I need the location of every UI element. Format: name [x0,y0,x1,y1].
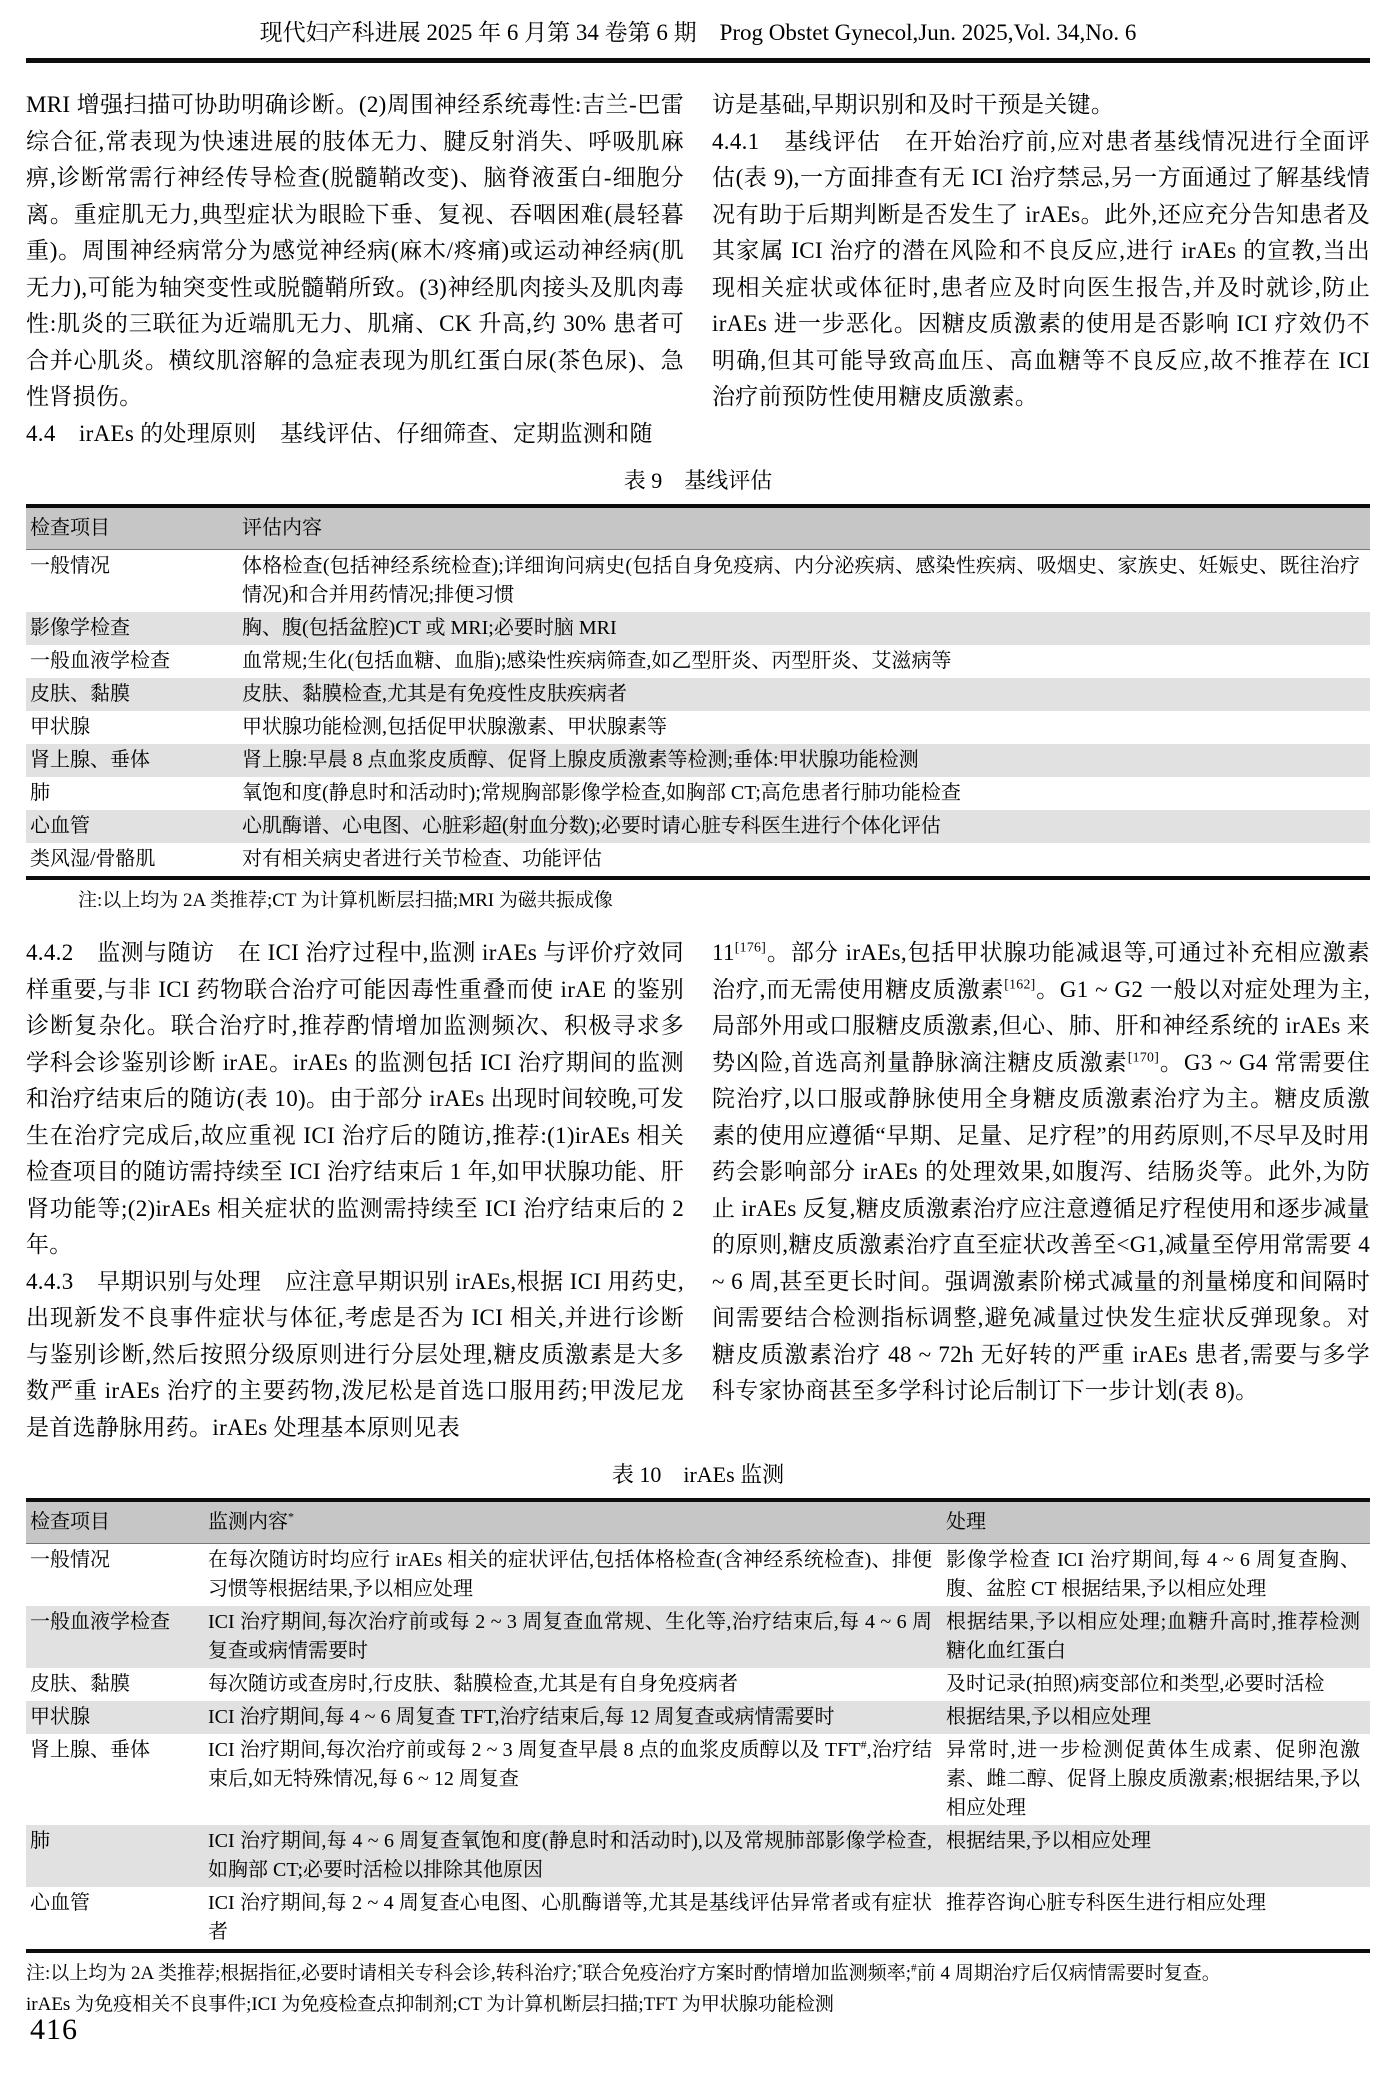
cell-monitor: ICI 治疗期间,每 4 ~ 6 周复查 TFT,治疗结束后,每 12 周复查或… [204,1701,942,1734]
baseline-assessment-table: 检查项目 评估内容 一般情况 体格检查(包括神经系统检查);详细询问病史(包括自… [26,504,1370,880]
table-row: 心血管 ICI 治疗期间,每 2 ~ 4 周复查心电图、心肌酶谱等,尤其是基线评… [26,1887,1370,1951]
text-run: 监测内容 [208,1511,288,1533]
paragraph-4-4-3-continued: 11[176]。部分 irAEs,包括甲状腺功能减退等,可通过补充相应激素治疗,… [712,935,1370,1410]
table-row: 皮肤、黏膜 每次随访或查房时,行皮肤、黏膜检查,尤其是有自身免疫病者 及时记录(… [26,1668,1370,1701]
cell-action: 异常时,进一步检测促黄体生成素、促卵泡激素、雌二醇、促肾上腺皮质激素;根据结果,… [942,1734,1370,1825]
paragraph-4-4-3-early-recognition: 4.4.3 早期识别与处理 应注意早期识别 irAEs,根据 ICI 用药史,出… [26,1264,684,1447]
cell-item: 影像学检查 [26,612,238,645]
reference-superscript: [170] [1128,1049,1159,1064]
table10-column-header-action: 处理 [942,1500,1370,1544]
cell-item: 肺 [26,1825,204,1887]
cell-monitor: 每次随访或查房时,行皮肤、黏膜检查,尤其是有自身免疫病者 [204,1668,942,1701]
table-row: 肾上腺、垂体 肾上腺:早晨 8 点血浆皮质醇、促肾上腺皮质激素等检测;垂体:甲状… [26,744,1370,777]
paragraph-followup-basis: 访是基础,早期识别和及时干预是关键。 [712,87,1370,124]
table10-note-line1: 注:以上均为 2A 类推荐;根据指征,必要时请相关专科会诊,转科治疗;*联合免疫… [26,1959,1370,1988]
table9-block: 表 9 基线评估 检查项目 评估内容 一般情况 体格检查(包括神经系统检查);详… [26,466,1370,915]
table-row: 肺 氧饱和度(静息时和活动时);常规胸部影像学检查,如胸部 CT;高危患者行肺功… [26,777,1370,810]
cell-item: 皮肤、黏膜 [26,678,238,711]
cell-content: 肾上腺:早晨 8 点血浆皮质醇、促肾上腺皮质激素等检测;垂体:甲状腺功能检测 [238,744,1370,777]
cell-item: 肾上腺、垂体 [26,744,238,777]
cell-monitor: ICI 治疗期间,每 4 ~ 6 周复查氧饱和度(静息时和活动时),以及常规肺部… [204,1825,942,1887]
cell-item: 类风湿/骨骼肌 [26,843,238,878]
cell-action: 及时记录(拍照)病变部位和类型,必要时活检 [942,1668,1370,1701]
paragraph-neuro-toxicity: MRI 增强扫描可协助明确诊断。(2)周围神经系统毒性:吉兰-巴雷综合征,常表现… [26,87,684,416]
cell-content: 血常规;生化(包括血糖、血脂);感染性疾病筛查,如乙型肝炎、丙型肝炎、艾滋病等 [238,645,1370,678]
table10-title: 表 10 irAEs 监测 [26,1460,1370,1490]
cell-item: 一般血液学检查 [26,1606,204,1668]
cell-monitor: ICI 治疗期间,每 2 ~ 4 周复查心电图、心肌酶谱等,尤其是基线评估异常者… [204,1887,942,1951]
right-column-mid: 11[176]。部分 irAEs,包括甲状腺功能减退等,可通过补充相应激素治疗,… [712,935,1370,1446]
cell-content: 体格检查(包括神经系统检查);详细询问病史(包括自身免疫病、内分泌疾病、感染性疾… [238,550,1370,613]
cell-item: 一般情况 [26,1544,204,1607]
cell-item: 甲状腺 [26,711,238,744]
body-section-top: MRI 增强扫描可协助明确诊断。(2)周围神经系统毒性:吉兰-巴雷综合征,常表现… [26,87,1370,452]
text-run: 联合免疫治疗方案时酌情增加监测频率; [583,1963,911,1984]
reference-superscript: [176] [735,939,766,954]
footnote-marker-asterisk: * [288,1509,294,1523]
cell-monitor: ICI 治疗期间,每次治疗前或每 2 ~ 3 周复查早晨 8 点的血浆皮质醇以及… [204,1734,942,1825]
cell-item: 肺 [26,777,238,810]
table10-column-header-item: 检查项目 [26,1500,204,1544]
table-row: 一般血液学检查 ICI 治疗期间,每次治疗前或每 2 ~ 3 周复查血常规、生化… [26,1606,1370,1668]
table10-header-row: 检查项目 监测内容* 处理 [26,1500,1370,1544]
table9-title: 表 9 基线评估 [26,466,1370,496]
paragraph-4-4-2-monitoring: 4.4.2 监测与随访 在 ICI 治疗过程中,监测 irAEs 与评价疗效同样… [26,935,684,1264]
cell-monitor: ICI 治疗期间,每次治疗前或每 2 ~ 3 周复查血常规、生化等,治疗结束后,… [204,1606,942,1668]
journal-title-line: 现代妇产科进展 2025 年 6 月第 34 卷第 6 期 Prog Obste… [260,20,1137,45]
paragraph-4-4-heading: 4.4 irAEs 的处理原则 基线评估、仔细筛查、定期监测和随 [26,416,684,453]
cell-content: 胸、腹(包括盆腔)CT 或 MRI;必要时脑 MRI [238,612,1370,645]
cell-item: 一般血液学检查 [26,645,238,678]
table10-block: 表 10 irAEs 监测 检查项目 监测内容* 处理 一般情况 在每次随访时均… [26,1460,1370,2019]
text-run: 前 4 周期治疗后仅病情需要时复查。 [917,1963,1221,1984]
cell-item: 心血管 [26,1887,204,1951]
paragraph-4-4-1-baseline: 4.4.1 基线评估 在开始治疗前,应对患者基线情况进行全面评估(表 9),一方… [712,124,1370,416]
journal-page: 现代妇产科进展 2025 年 6 月第 34 卷第 6 期 Prog Obste… [0,0,1394,2081]
table-row: 甲状腺 ICI 治疗期间,每 4 ~ 6 周复查 TFT,治疗结束后,每 12 … [26,1701,1370,1734]
cell-action: 根据结果,予以相应处理 [942,1701,1370,1734]
table9-note: 注:以上均为 2A 类推荐;CT 为计算机断层扫描;MRI 为磁共振成像 [26,886,1370,915]
table-row: 一般血液学检查 血常规;生化(包括血糖、血脂);感染性疾病筛查,如乙型肝炎、丙型… [26,645,1370,678]
table-row: 心血管 心肌酶谱、心电图、心脏彩超(射血分数);必要时请心脏专科医生进行个体化评… [26,810,1370,843]
table-row: 影像学检查 胸、腹(包括盆腔)CT 或 MRI;必要时脑 MRI [26,612,1370,645]
journal-header: 现代妇产科进展 2025 年 6 月第 34 卷第 6 期 Prog Obste… [26,12,1370,63]
table10-note-line2: irAEs 为免疫相关不良事件;ICI 为免疫检查点抑制剂;CT 为计算机断层扫… [26,1990,1370,2019]
cell-item: 心血管 [26,810,238,843]
cell-action: 根据结果,予以相应处理;血糖升高时,推荐检测糖化血红蛋白 [942,1606,1370,1668]
table-row: 皮肤、黏膜 皮肤、黏膜检查,尤其是有免疫性皮肤疾病者 [26,678,1370,711]
right-column-top: 访是基础,早期识别和及时干预是关键。 4.4.1 基线评估 在开始治疗前,应对患… [712,87,1370,452]
text-run: 注:以上均为 2A 类推荐;根据指征,必要时请相关专科会诊,转科治疗; [26,1963,577,1984]
cell-content: 氧饱和度(静息时和活动时);常规胸部影像学检查,如胸部 CT;高危患者行肺功能检… [238,777,1370,810]
iraes-monitoring-table: 检查项目 监测内容* 处理 一般情况 在每次随访时均应行 irAEs 相关的症状… [26,1498,1370,1953]
reference-superscript: [162] [1004,976,1035,991]
cell-content: 对有相关病史者进行关节检查、功能评估 [238,843,1370,878]
table10-column-header-monitor: 监测内容* [204,1500,942,1544]
cell-action: 根据结果,予以相应处理 [942,1825,1370,1887]
table-row: 类风湿/骨骼肌 对有相关病史者进行关节检查、功能评估 [26,843,1370,878]
cell-action: 影像学检查 ICI 治疗期间,每 4 ~ 6 周复查胸、腹、盆腔 CT 根据结果… [942,1544,1370,1607]
cell-content: 甲状腺功能检测,包括促甲状腺激素、甲状腺素等 [238,711,1370,744]
body-section-mid: 4.4.2 监测与随访 在 ICI 治疗过程中,监测 irAEs 与评价疗效同样… [26,935,1370,1446]
cell-content: 皮肤、黏膜检查,尤其是有免疫性皮肤疾病者 [238,678,1370,711]
table-row: 一般情况 在每次随访时均应行 irAEs 相关的症状评估,包括体格检查(含神经系… [26,1544,1370,1607]
left-column-top: MRI 增强扫描可协助明确诊断。(2)周围神经系统毒性:吉兰-巴雷综合征,常表现… [26,87,684,452]
left-column-mid: 4.4.2 监测与随访 在 ICI 治疗过程中,监测 irAEs 与评价疗效同样… [26,935,684,1446]
text-run: 。G3 ~ G4 常需要住院治疗,以口服或静脉使用全身糖皮质激素治疗为主。糖皮质… [712,1050,1370,1404]
cell-monitor: 在每次随访时均应行 irAEs 相关的症状评估,包括体格检查(含神经系统检查)、… [204,1544,942,1607]
page-number: 416 [30,2013,78,2047]
cell-action: 推荐咨询心脏专科医生进行相应处理 [942,1887,1370,1951]
text-run: ICI 治疗期间,每次治疗前或每 2 ~ 3 周复查早晨 8 点的血浆皮质醇以及… [208,1739,861,1761]
cell-item: 一般情况 [26,550,238,613]
table9-column-header-item: 检查项目 [26,506,238,550]
table-row: 肾上腺、垂体 ICI 治疗期间,每次治疗前或每 2 ~ 3 周复查早晨 8 点的… [26,1734,1370,1825]
text-run: 11 [712,940,735,965]
cell-item: 肾上腺、垂体 [26,1734,204,1825]
table9-header-row: 检查项目 评估内容 [26,506,1370,550]
cell-item: 皮肤、黏膜 [26,1668,204,1701]
cell-item: 甲状腺 [26,1701,204,1734]
table-row: 肺 ICI 治疗期间,每 4 ~ 6 周复查氧饱和度(静息时和活动时),以及常规… [26,1825,1370,1887]
cell-content: 心肌酶谱、心电图、心脏彩超(射血分数);必要时请心脏专科医生进行个体化评估 [238,810,1370,843]
table-row: 甲状腺 甲状腺功能检测,包括促甲状腺激素、甲状腺素等 [26,711,1370,744]
table-row: 一般情况 体格检查(包括神经系统检查);详细询问病史(包括自身免疫病、内分泌疾病… [26,550,1370,613]
table9-column-header-content: 评估内容 [238,506,1370,550]
